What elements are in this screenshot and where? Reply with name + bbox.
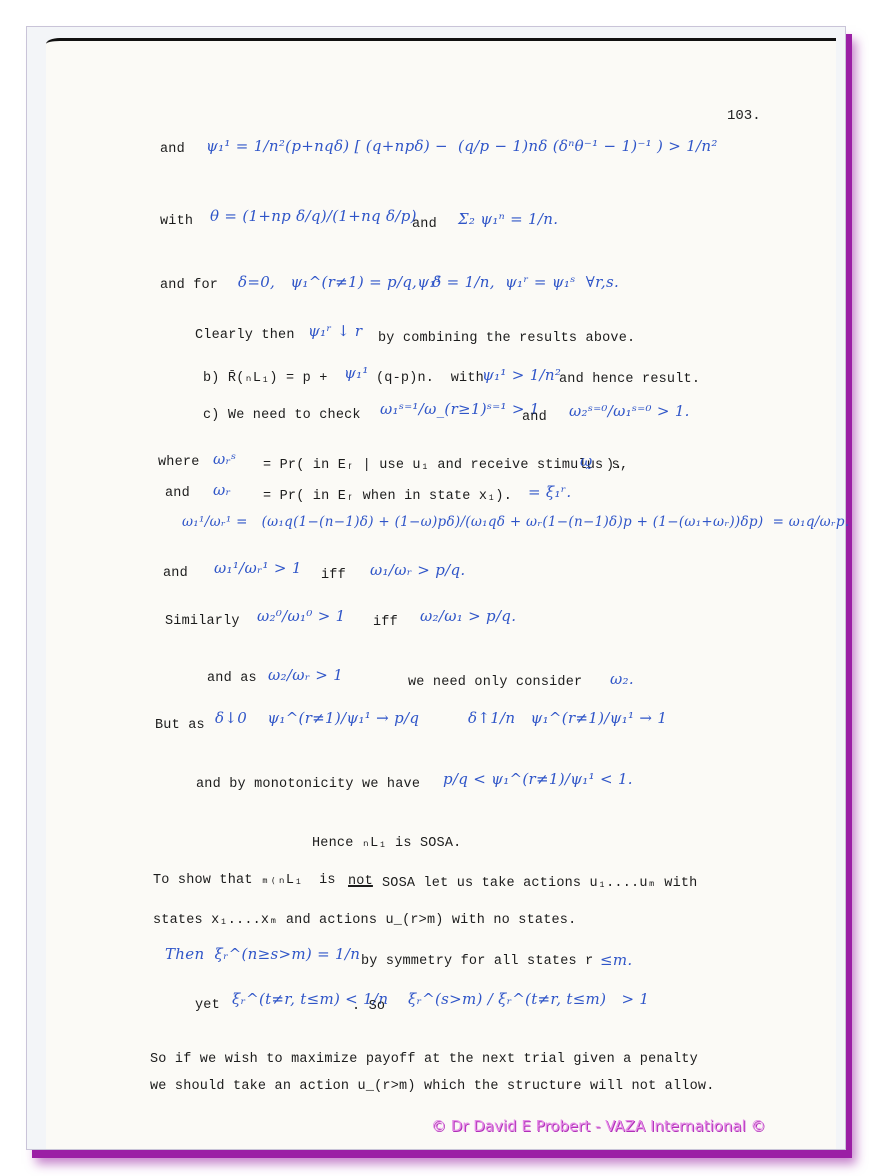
line-15-hence-sosa: Hence ₙL₁ is SOSA. [312,834,461,851]
line-10-iff-condition: ω₁/ωᵣ > p/q. [370,561,465,579]
line-1-typed: and [160,142,185,157]
line-7-omega: ωᵣˢ [213,450,236,468]
line-7-typed-where: where [158,455,200,470]
line-13-limit-zero: δ↓0 ψ₁^(r≠1)/ψ₁¹ → p/q [215,709,419,727]
line-13-typed-but-as: But as [155,718,205,733]
line-6-typed-and: and [522,410,547,425]
line-21-typed: we should take an action u_(r>m) which t… [150,1079,715,1094]
line-10-typed-and: and [163,566,188,581]
line-12-typed-consider: we need only consider [408,675,582,690]
page-number: 103. [727,108,761,124]
line-2-theta-formula: θ = (1+np δ/q)/(1+nq δ/p) [210,207,417,225]
line-18-r-leq-m: ≤m. [600,951,632,969]
line-2-typed-with: with [160,214,193,229]
line-8-typed-definition: = Pr( in Eᵣ when in state x₁). [263,489,512,504]
line-5-typed-result: and hence result. [559,372,700,387]
line-16-typed-a: To show that ₘ₍ₙL₁ is [153,871,336,888]
line-4-typed-rest: by combining the results above. [378,331,635,346]
line-7-omega-vector: ω̰ [580,452,593,470]
line-9-omega-ratio-expansion: ω₁¹/ωᵣ¹ = (ω₁q(1−(n−1)δ) + (1−ω)pδ)/(ω₁q… [182,514,849,530]
line-4-psi-decreasing: ψ₁ʳ ↓ r [308,322,362,340]
line-10-condition: ω₁¹/ωᵣ¹ > 1 [214,559,302,577]
line-20-typed: So if we wish to maximize payoff at the … [150,1052,698,1067]
line-16-typed-b: SOSA let us take actions u₁....uₘ with [382,874,697,891]
line-14-inequality: p/q < ψ₁^(r≠1)/ψ₁¹ < 1. [443,770,633,788]
line-8-typed-and: and [165,486,190,501]
line-2-sum-formula: Σ₂ ψ₁ⁿ = 1/n. [458,210,558,228]
line-17-typed: states x₁....xₘ and actions u_(r>m) with… [153,911,576,928]
line-5-typed-with: (q-p)n. with [376,371,484,386]
line-19-xi-ratio: ξᵣ^(s>m) / ξᵣ^(t≠r, t≤m) > 1 [408,990,649,1008]
line-11-iff-condition: ω₂/ω₁ > p/q. [420,607,516,625]
line-18-then-xi: Then ξᵣ^(n≥s>m) = 1/n [165,945,360,963]
line-2-typed-and: and [412,217,437,232]
line-16-not-underlined: not [348,874,373,889]
line-11-typed-iff: iff [373,615,398,630]
line-1-formula: ψ₁¹ = 1/n²(p+nqδ) [ (q+npδ) − (q/p − 1)n… [206,137,718,155]
line-8-omega: ωᵣ [213,481,231,499]
line-12-omega2: ω₂. [610,670,634,688]
copyright-watermark: © Dr David E Probert - VAZA Internationa… [431,1117,766,1135]
document-page [46,38,836,1149]
line-10-typed-iff: iff [321,568,346,583]
line-3-delta-1n: , δ = 1/n, ψ₁ʳ = ψ₁ˢ ∀r,s. [412,273,619,291]
line-12-ratio: ω₂/ωᵣ > 1 [268,666,343,684]
line-5-typed-b: b) R̄(ₙL₁) = p + [203,369,328,386]
line-5-psi: ψ₁¹ [344,364,369,382]
line-5-inequality: ψ₁¹ > 1/n² [482,366,561,384]
line-8-xi: = ξ₁ʳ. [528,483,571,501]
line-6-omega-ratio-1: ω₁ˢ⁼¹/ω_(r≥1)ˢ⁼¹ > 1 [380,400,540,418]
line-4-typed-clearly: Clearly then [195,328,295,343]
line-18-typed-symmetry: by symmetry for all states r [361,954,593,969]
line-6-omega-ratio-2: ω₂ˢ⁼⁰/ω₁ˢ⁼⁰ > 1. [569,402,690,420]
line-19-typed-so: . So [352,999,385,1014]
line-19-typed-yet: yet [195,998,220,1013]
line-7-typed-definition: = Pr( in Eᵣ | use u₁ and receive stimulu… [263,458,628,473]
line-6-typed-c: c) We need to check [203,408,361,423]
line-13-limit-1n: δ↑1/n ψ₁^(r≠1)/ψ₁¹ → 1 [468,709,667,727]
line-3-typed: and for [160,278,218,293]
line-11-typed-similarly: Similarly [165,614,240,629]
line-11-condition: ω₂⁰/ω₁⁰ > 1 [257,607,346,625]
line-14-typed: and by monotonicity we have [196,777,420,792]
line-7-typed-close: ). [606,458,623,473]
line-12-typed-and-as: and as [207,671,257,686]
